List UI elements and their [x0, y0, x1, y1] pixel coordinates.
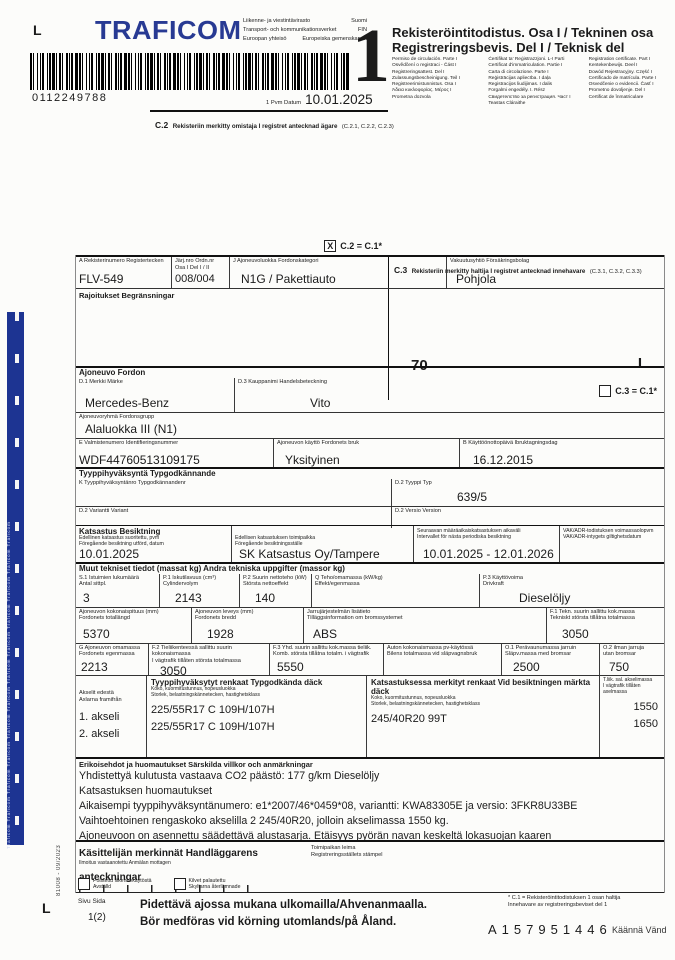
- bottom-corner-letter: L: [42, 900, 51, 916]
- axle-mass-2: 1650: [603, 716, 658, 733]
- agency-name-fi: Liikenne- ja viestintävirasto: [243, 17, 310, 26]
- power-mass-ratio-label: Q Teho/omamassa (kW/kg) Effekt/egenmassa: [315, 575, 477, 588]
- displacement-label: P.1 Iskutilavuus (cm³) Cylindervolym: [163, 575, 237, 588]
- deregistered-label: Poistettu liikennekäytöstä Avställd: [93, 878, 152, 890]
- vin-label: E Valmistenumero Identifieringsnummer: [79, 440, 271, 447]
- inspection-place-value: SK Katsastus Oy/Tampere: [235, 548, 411, 561]
- remark-line-1: Yhdistettyä kulutusta vastaava CO2 pääst…: [79, 769, 664, 784]
- footnote-c1: * C.1 = Rekisteröintitodistuksen 1 osan …: [508, 895, 620, 910]
- turn-over-label: Käännä Vänd: [612, 925, 667, 935]
- form-code: 81008 - 09/2023: [56, 816, 62, 896]
- power-label: P.2 Suurin nettoteho (kW) Största nettoe…: [243, 575, 309, 588]
- type-value: 639/5: [395, 491, 662, 504]
- multilingual-col2: Ċertifikat ta' Reġistrazzjoni. L-I Parti…: [488, 57, 583, 107]
- restrictions-box: Rajoitukset Begränsningar: [76, 289, 664, 366]
- deregistered-checkbox: [78, 878, 90, 890]
- axle-1-label: 1. akseli: [79, 709, 144, 726]
- approved-tyre-axle2: 225/55R17 C 109H/107H: [151, 719, 364, 736]
- total-length-label: Ajoneuvon kokonaispituus (mm) Fordonets …: [79, 609, 189, 622]
- page-label: Sivu Sida: [78, 898, 105, 905]
- trailer-braked-value: 2500: [505, 661, 597, 674]
- seats-value: 3: [79, 592, 157, 605]
- vehicle-use-label: Ajoneuvon käyttö Fordonets bruk: [277, 440, 457, 447]
- reg-number-value: FLV-549: [79, 273, 169, 286]
- inspected-tyre-axle1: 245/40R20 99T: [371, 711, 597, 728]
- axle-mass-1: 1550: [603, 699, 658, 716]
- vin-value: WDF44760513109175: [79, 454, 271, 467]
- vehicle-use-value: Yksityinen: [277, 454, 457, 467]
- owner-equals-label: C.2 = C.1*: [340, 241, 382, 251]
- security-strip: Traficom Traficom Traficom Traficom Traf…: [7, 312, 24, 845]
- notice-received-label: Ilmoitus vastaanotettu Anmälan mottagen: [79, 861, 664, 867]
- handler-title-1: Käsittelijän merkinnät Handläggarens: [79, 848, 258, 859]
- trade-name-label: D.3 Kauppanimi Handelsbeteckning: [238, 379, 662, 386]
- carry-notice-sv: Bör medföras vid körning utomlands/på Ål…: [140, 914, 427, 931]
- f1-mass-label: F.1 Tekn. suurin sallittu kok.massa Tekn…: [550, 609, 662, 622]
- row-a: A Rekisterinumero Registertecken FLV-549…: [76, 255, 664, 289]
- agency-block: Liikenne- ja viestintävirasto Suomi Tran…: [243, 17, 367, 45]
- handler-section: Käsittelijän merkinnät Handläggarens Ilm…: [76, 840, 664, 877]
- adr-validity-label: VAK/ADR-todistuksen voimassaolopvm VAK/A…: [563, 528, 662, 540]
- trailer-unbraked-label: O.2 ilman jarruja utan bromsar: [603, 645, 662, 658]
- curb-mass-value: 2213: [79, 661, 146, 674]
- type-approval-section: Tyyppihyväksyntä Typgodkännande K Tyyppi…: [76, 467, 664, 525]
- f2-mass-label: F.2 Tieliikenteessä sallittu suurin koko…: [152, 645, 267, 665]
- remark-line-3: Aikaisempi tyyppihyväksyntänumero: e1*20…: [79, 799, 664, 814]
- reg-number-label: A Rekisterinumero Registertecken: [79, 258, 169, 265]
- vehicle-group-label: Ajoneuvoryhmä Fordonsgrupp: [79, 414, 662, 421]
- trailer-unbraked-value: 750: [603, 661, 662, 674]
- f3-mass-value: 5550: [273, 661, 381, 674]
- owner-code: C.2: [155, 120, 168, 130]
- vehicle-header: Ajoneuvo Fordon: [76, 368, 664, 378]
- inspected-tyres-sub: Koko, kuormitustunnus, nopeusluokka Stor…: [371, 696, 597, 708]
- insurance-value: Pohjola: [450, 273, 662, 286]
- multilingual-col1: Permiso de circulación. Parte I Osvědčen…: [392, 57, 483, 107]
- inspection-section: Katsastus Besiktning Edellinen katsastus…: [76, 525, 664, 562]
- agency-name-sv: Transport- och kommunikationsverket: [243, 26, 336, 35]
- barcode: [30, 53, 355, 90]
- make-value: Mercedes-Benz: [79, 397, 232, 410]
- type-label: D.2 Tyyppi Typ: [395, 480, 662, 487]
- power-value: 140: [243, 592, 309, 605]
- owner-refs: (C.2.1, C.2.2, C.2.3): [342, 124, 394, 130]
- total-length-value: 5370: [79, 628, 189, 641]
- axle-mass-label: T.liik. sal. akselimassa I vägtrafik til…: [603, 678, 658, 696]
- remark-line-4: Vaihtoehtoinen rengaskoko akselilla 2 24…: [79, 814, 664, 829]
- fuel-label: P.3 Käyttövoima Drivkraft: [483, 575, 662, 588]
- order-number-label: Järj.nro Ordn.nr Osa I Del I / II: [175, 258, 227, 271]
- axle-2-label: 2. akseli: [79, 726, 144, 743]
- owner-label: Rekisteriin merkitty omistaja I registre…: [173, 123, 338, 130]
- deregistration-row: Poistettu liikennekäytöstä Avställd Kilv…: [76, 877, 664, 893]
- security-strip-dashes: [15, 312, 19, 845]
- eu-label-fi: Euroopan yhteisö: [243, 35, 287, 44]
- insurance-label: Vakuutusyhtiö Försäkringsbolag: [450, 258, 662, 265]
- barcode-number: 0112249788: [32, 92, 107, 104]
- type-approval-header: Tyyppihyväksyntä Typgodkännande: [76, 469, 664, 479]
- doc-title-sv: Registreringsbevis. Del I / Teknisk del: [392, 41, 674, 56]
- restrictions-label: Rajoitukset Begränsningar: [76, 289, 664, 300]
- make-label: D.1 Merkki Märke: [79, 379, 232, 386]
- remarks-section: Erikoisehdot ja huomautukset Särskilda v…: [76, 757, 664, 840]
- last-inspection-label: Edellinen katsastus suoritettu, pvm Före…: [79, 535, 229, 547]
- remarks-header: Erikoisehdot ja huomautukset Särskilda v…: [79, 760, 664, 769]
- part-numeral: 1: [352, 22, 390, 92]
- next-inspection-value: 10.01.2025 - 12.01.2026: [417, 548, 557, 561]
- seats-label: S.1 Istuimien lukumäärä Antal sittpl.: [79, 575, 157, 588]
- brake-info-value: ABS: [307, 628, 544, 641]
- displacement-value: 2143: [163, 592, 237, 605]
- technical-section: Muut tekniset tiedot (massat kg) Andra t…: [76, 562, 664, 675]
- version-label: D.2 Versio Version: [395, 508, 662, 515]
- plates-returned-label: Kilvet palautettu Skyltarna återlämnade: [189, 878, 241, 890]
- stamp-label: Toimipaikan leima Registreringsställets …: [311, 845, 383, 858]
- order-number-value: 008/004: [175, 274, 227, 286]
- approved-tyres-sub: Koko, kuormitustunnus, nopeusluokka Stor…: [151, 687, 364, 699]
- remark-line-2: Katsastuksen huomautukset: [79, 784, 664, 799]
- document-number: A157951446: [488, 922, 612, 937]
- width-value: 1928: [195, 628, 301, 641]
- owner-equals-checkbox: X: [324, 240, 336, 252]
- approved-tyre-axle1: 225/55R17 C 109H/107H: [151, 702, 364, 719]
- type-approval-number-label: K Tyyppihyväksyntänro Typgodkännandenr: [79, 480, 389, 487]
- multilingual-col3: Registration certificate. Part I Kenteke…: [589, 57, 674, 107]
- trailer-braked-label: O.1 Perävaunumassa jarruin Släpv.massa m…: [505, 645, 597, 658]
- width-label: Ajoneuvon leveys (mm) Fordonets bredd: [195, 609, 301, 622]
- axles-label: Akselit edestä Axlarna framifrån: [79, 690, 144, 703]
- top-corner-letter: L: [33, 22, 42, 38]
- curb-mass-label: G Ajoneuvon omamassa Fordonets egenmassa: [79, 645, 146, 658]
- carry-notice-fi: Pidettävä ajossa mukana ulkomailla/Ahven…: [140, 897, 427, 914]
- plates-returned-checkbox: [174, 878, 186, 890]
- technical-header: Muut tekniset tiedot (massat kg) Andra t…: [76, 564, 664, 574]
- inspection-place-label: Edellisen katsastuksen toimipaikka Föreg…: [235, 535, 411, 547]
- vehicle-category-label: J Ajoneuvoluokka Fordonskategori: [233, 258, 444, 265]
- fuel-value: Dieselöljy: [483, 592, 662, 605]
- combination-mass-label: Auton kokonaismassa pv-käytössä Bilens t…: [387, 645, 499, 658]
- form-body: A Rekisterinumero Registertecken FLV-549…: [75, 255, 665, 893]
- brake-info-label: Jarrujärjestelmän lisätieto Tilläggsinfo…: [307, 609, 544, 622]
- first-registration-label: B Käyttöönottopäivä Ibruktagningsdag: [463, 440, 662, 447]
- trade-name-value: Vito: [238, 397, 662, 410]
- page-number: 1(2): [88, 912, 106, 923]
- owner-box: C.2 Rekisteriin merkitty omistaja I regi…: [150, 110, 388, 255]
- date-label: 1 Pvm Datum: [266, 100, 301, 106]
- last-inspection-value: 10.01.2025: [79, 548, 229, 561]
- vehicle-category-value: N1G / Pakettiauto: [233, 273, 444, 286]
- vehicle-section: Ajoneuvo Fordon D.1 Merkki Märke Mercede…: [76, 366, 664, 467]
- first-registration-value: 16.12.2015: [463, 454, 662, 467]
- inspected-tyres-title: Katsastuksessa merkityt renkaat Vid besi…: [371, 678, 597, 696]
- f1-mass-value: 3050: [550, 628, 662, 641]
- f3-mass-label: F.3 Yhd. suurin sallittu kok.massa tieli…: [273, 645, 381, 658]
- tyres-section: Akselit edestä Axlarna framifrån 1. akse…: [76, 675, 664, 757]
- inspection-header: Katsastus Besiktning: [76, 527, 160, 537]
- variant-label: D.2 Variantti Variant: [79, 508, 389, 515]
- registration-certificate-page: L TRAFICOM Liikenne- ja viestintävirasto…: [0, 0, 675, 960]
- next-inspection-label: Seuraavan määräaikaiskatsastuksen aikavä…: [417, 528, 557, 540]
- doc-title-fi: Rekisteröintitodistus. Osa I / Tekninen …: [392, 26, 674, 41]
- traficom-logo: TRAFICOM: [95, 16, 241, 45]
- vehicle-group-value: Alaluokka III (N1): [79, 423, 662, 436]
- security-strip-text: Traficom Traficom Traficom Traficom Traf…: [7, 316, 14, 849]
